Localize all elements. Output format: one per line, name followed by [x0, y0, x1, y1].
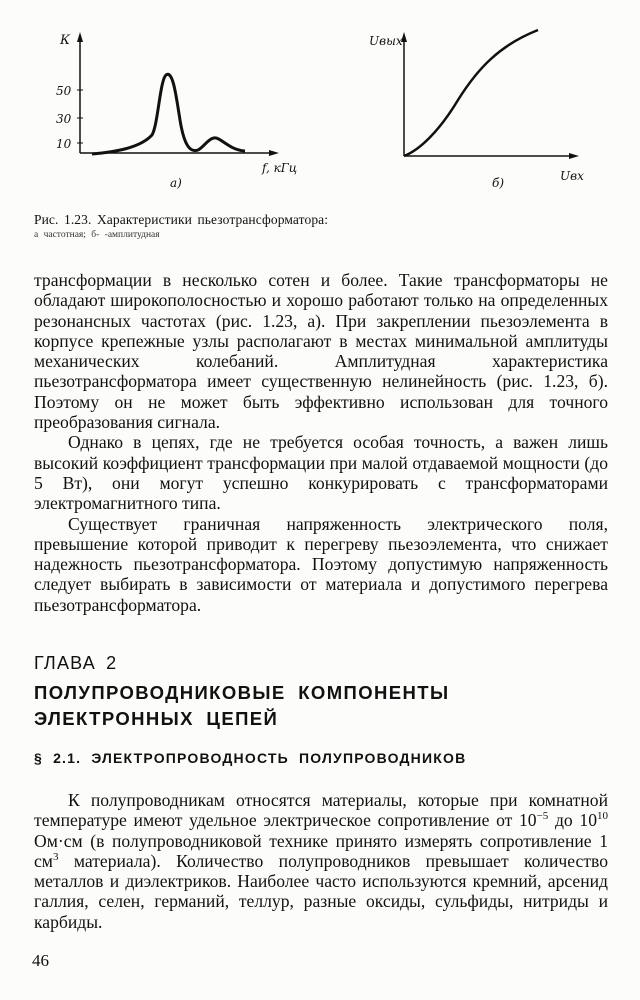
- figure-1-23: К 50 30 10 f, кГц а) Uвых Uвх б): [0, 0, 640, 205]
- svg-text:50: 50: [56, 84, 72, 98]
- svg-text:10: 10: [56, 137, 72, 151]
- chart-a-ylabel: К: [59, 33, 71, 48]
- chart-a-xlabel: f, кГц: [261, 161, 297, 175]
- paragraph-2: Однако в цепях, где не требуется особая …: [34, 432, 608, 513]
- caption-sub: а частотная; б- -амплитудная: [34, 230, 594, 240]
- paragraph-3: Существует граничная напряженность элект…: [34, 514, 608, 615]
- chapter-label: ГЛАВА 2: [34, 653, 117, 674]
- chart-b-ylabel: Uвых: [369, 34, 403, 48]
- chapter-title-line2: ЭЛЕКТРОННЫХ ЦЕПЕЙ: [34, 706, 449, 732]
- body-text-2: К полупроводникам относятся материалы, к…: [34, 790, 608, 932]
- chart-a-panel: а): [170, 176, 182, 190]
- chart-b-amplitude: [401, 30, 579, 159]
- body-text-1: трансформации в несколько сотен и более.…: [34, 270, 608, 615]
- caption-main: Рис. 1.23. Характеристики пьезотрансформ…: [34, 212, 594, 228]
- svg-text:30: 30: [56, 112, 72, 126]
- chart-b-xlabel: Uвх: [560, 169, 584, 183]
- chart-a-frequency: [77, 32, 279, 156]
- page-number: 46: [32, 951, 49, 971]
- chapter-title-line1: ПОЛУПРОВОДНИКОВЫЕ КОМПОНЕНТЫ: [34, 680, 449, 706]
- chapter-title: ПОЛУПРОВОДНИКОВЫЕ КОМПОНЕНТЫ ЭЛЕКТРОННЫХ…: [34, 680, 449, 732]
- section-paragraph-1: К полупроводникам относятся материалы, к…: [34, 790, 608, 932]
- paragraph-1: трансформации в несколько сотен и более.…: [34, 270, 608, 432]
- section-title: § 2.1. ЭЛЕКТРОПРОВОДНОСТЬ ПОЛУПРОВОДНИКО…: [34, 750, 466, 766]
- figure-caption: Рис. 1.23. Характеристики пьезотрансформ…: [34, 212, 594, 240]
- chart-b-panel: б): [492, 176, 504, 190]
- figure-graphics: К 50 30 10 f, кГц а) Uвых Uвх б): [0, 0, 640, 205]
